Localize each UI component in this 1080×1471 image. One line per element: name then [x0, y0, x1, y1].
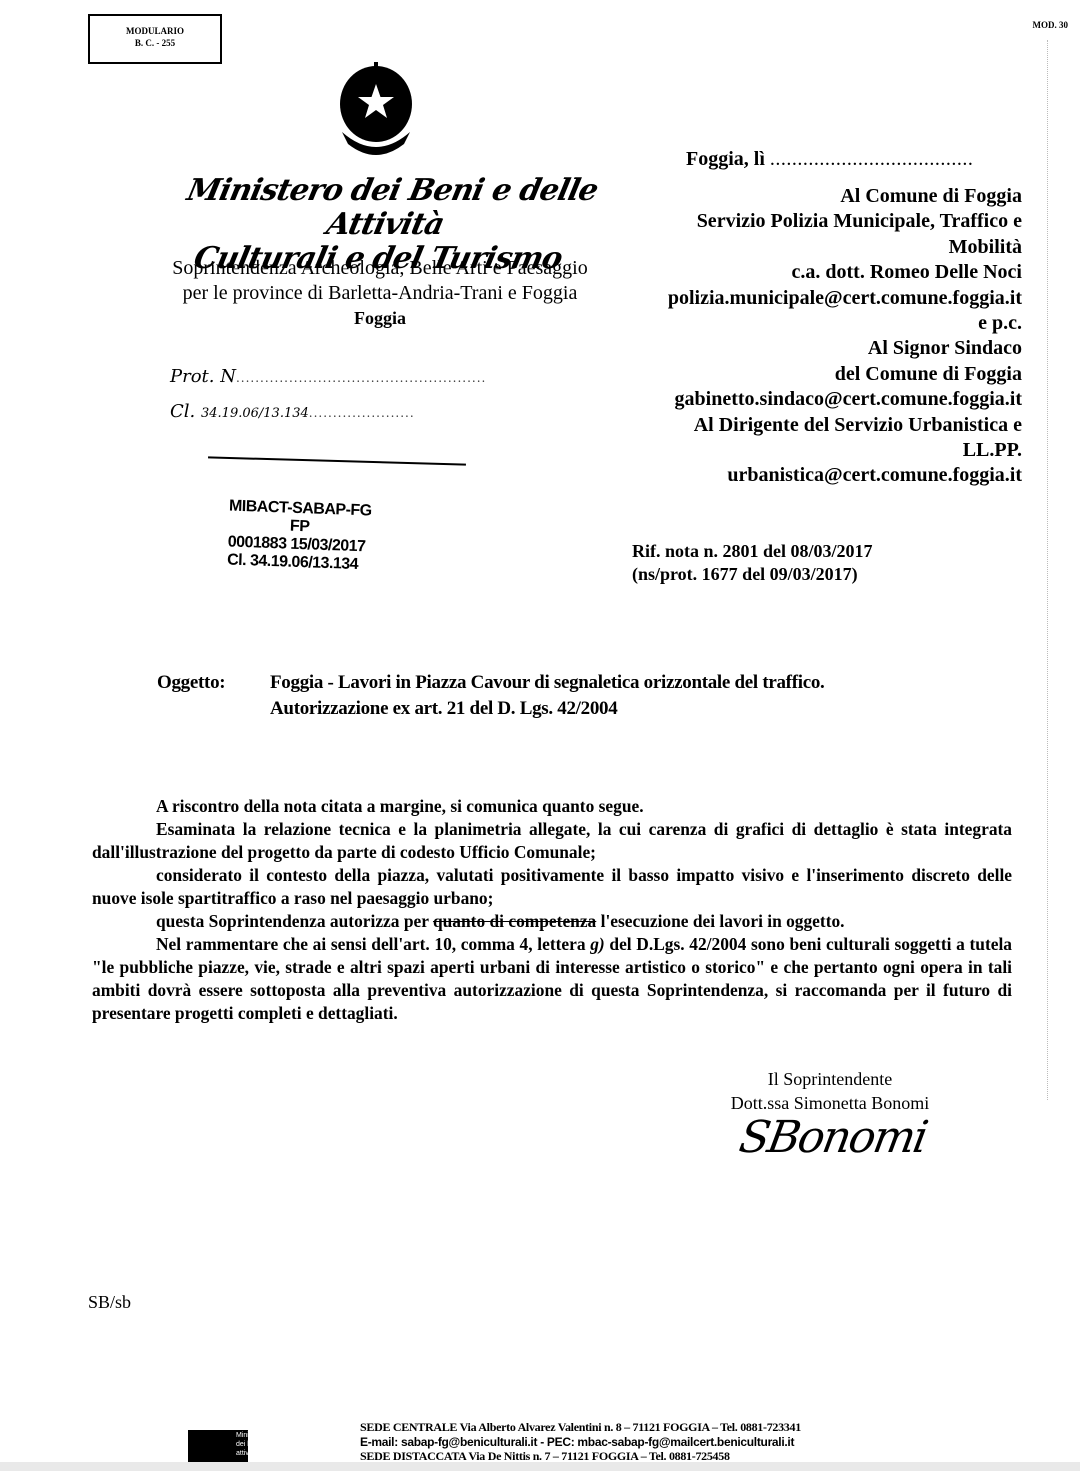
- subject-block: Oggetto:Foggia - Lavori in Piazza Cavour…: [157, 670, 1007, 722]
- recipient-line: Mobilità: [602, 235, 1022, 260]
- stamp-classification: Cl. 34.19.06/13.134: [227, 551, 370, 574]
- office-city: Foggia: [140, 306, 620, 331]
- handwritten-signature: SBonomi: [736, 1112, 931, 1163]
- italic-text: g): [590, 934, 605, 954]
- recipient-line: c.a. dott. Romeo Delle Noci: [602, 260, 1022, 285]
- signatory-title: Il Soprintendente: [700, 1067, 960, 1091]
- ministry-logo-text: Ministero dei beni e delle attività cult…: [236, 1431, 283, 1458]
- italian-republic-emblem-icon: [330, 62, 422, 162]
- body-paragraph: considerato il contesto della piazza, va…: [92, 864, 1012, 910]
- divider-line: [208, 456, 466, 465]
- struck-text: quanto di competenza: [433, 911, 596, 931]
- modulario-label: MODULARIO: [90, 25, 220, 37]
- protocol-block: Prot. N.................................…: [170, 360, 486, 431]
- date-line: Foggia, lì .............................…: [686, 148, 973, 171]
- classification-value: 34.19.06/13.134: [201, 406, 309, 421]
- office-line-2: per le province di Barletta-Andria-Trani…: [140, 281, 620, 306]
- text-span: l'esecuzione dei lavori in oggetto.: [596, 911, 844, 931]
- scan-margin-artifact: [1047, 40, 1050, 1100]
- reference-note: Rif. nota n. 2801 del 08/03/2017: [632, 540, 873, 563]
- recipient-line: Servizio Polizia Municipale, Traffico e: [602, 209, 1022, 234]
- recipient-email: polizia.municipale@cert.comune.foggia.it: [602, 286, 1022, 311]
- date-label: Foggia, lì: [686, 148, 765, 170]
- date-dots: .....................................: [770, 148, 974, 170]
- body-paragraph: Esaminata la relazione tecnica e la plan…: [92, 818, 1012, 864]
- text-span: questa Soprintendenza autorizza per: [156, 911, 433, 931]
- protocol-label: Prot. N: [170, 366, 236, 387]
- footer-main-office: SEDE CENTRALE Via Alberto Alvarez Valent…: [360, 1420, 801, 1435]
- recipient-line: Al Comune di Foggia: [602, 184, 1022, 209]
- recipients-block: Al Comune di Foggia Servizio Polizia Mun…: [602, 184, 1022, 489]
- subject-label: Oggetto:: [157, 670, 270, 696]
- protocol-dots: ........................................…: [236, 371, 486, 385]
- letter-body: A riscontro della nota citata a margine,…: [92, 795, 1012, 1025]
- footer-contacts: SEDE CENTRALE Via Alberto Alvarez Valent…: [360, 1420, 801, 1464]
- viewer-bottom-bar: [0, 1462, 1080, 1471]
- classification-dots: ......................: [309, 406, 415, 420]
- protocol-stamp: MIBACT-SABAP-FG FP 0001883 15/03/2017 Cl…: [227, 498, 372, 575]
- subject-line-1: Foggia - Lavori in Piazza Cavour di segn…: [270, 672, 825, 693]
- classification-label: Cl.: [170, 401, 195, 422]
- subject-line-2: Autorizzazione ex art. 21 del D. Lgs. 42…: [157, 696, 1007, 722]
- recipient-line: Al Signor Sindaco: [602, 336, 1022, 361]
- modulario-code: B. C. - 255: [90, 37, 220, 49]
- reference-protocol: (ns/prot. 1677 del 09/03/2017): [632, 563, 873, 586]
- recipient-cc-label: e p.c.: [602, 311, 1022, 336]
- text-span: Nel rammentare che ai sensi dell'art. 10…: [156, 934, 590, 954]
- recipient-email: gabinetto.sindaco@cert.comune.foggia.it: [602, 387, 1022, 412]
- body-paragraph: Nel rammentare che ai sensi dell'art. 10…: [92, 933, 1012, 1025]
- recipient-line: LL.PP.: [602, 438, 1022, 463]
- recipient-line: Al Dirigente del Servizio Urbanistica e: [602, 413, 1022, 438]
- body-paragraph: questa Soprintendenza autorizza per quan…: [92, 910, 1012, 933]
- signature-block: Il Soprintendente Dott.ssa Simonetta Bon…: [700, 1067, 960, 1115]
- drafter-initials: SB/sb: [88, 1292, 131, 1313]
- office-heading: Soprintendenza Archeologia, Belle Arti e…: [140, 256, 620, 331]
- office-line-1: Soprintendenza Archeologia, Belle Arti e…: [140, 256, 620, 281]
- protocol-number-line: Prot. N.................................…: [170, 360, 486, 395]
- logo-line: attività culturali: [236, 1449, 283, 1458]
- logo-line: dei beni e delle: [236, 1440, 283, 1449]
- body-paragraph: A riscontro della nota citata a margine,…: [92, 795, 1012, 818]
- modulario-box: MODULARIO B. C. - 255: [88, 14, 222, 64]
- recipient-line: del Comune di Foggia: [602, 362, 1022, 387]
- reference-block: Rif. nota n. 2801 del 08/03/2017 (ns/pro…: [632, 540, 873, 586]
- mod-code: MOD. 30: [1033, 20, 1069, 30]
- recipient-email: urbanistica@cert.comune.foggia.it: [602, 463, 1022, 488]
- logo-line: Ministero: [236, 1431, 283, 1440]
- ministry-line-1: Ministero dei Beni e delle Attività: [161, 174, 615, 242]
- footer-email: E-mail: sabap-fg@beniculturali.it - PEC:…: [360, 1435, 801, 1450]
- classification-line: Cl. 34.19.06/13.134.....................…: [170, 395, 486, 431]
